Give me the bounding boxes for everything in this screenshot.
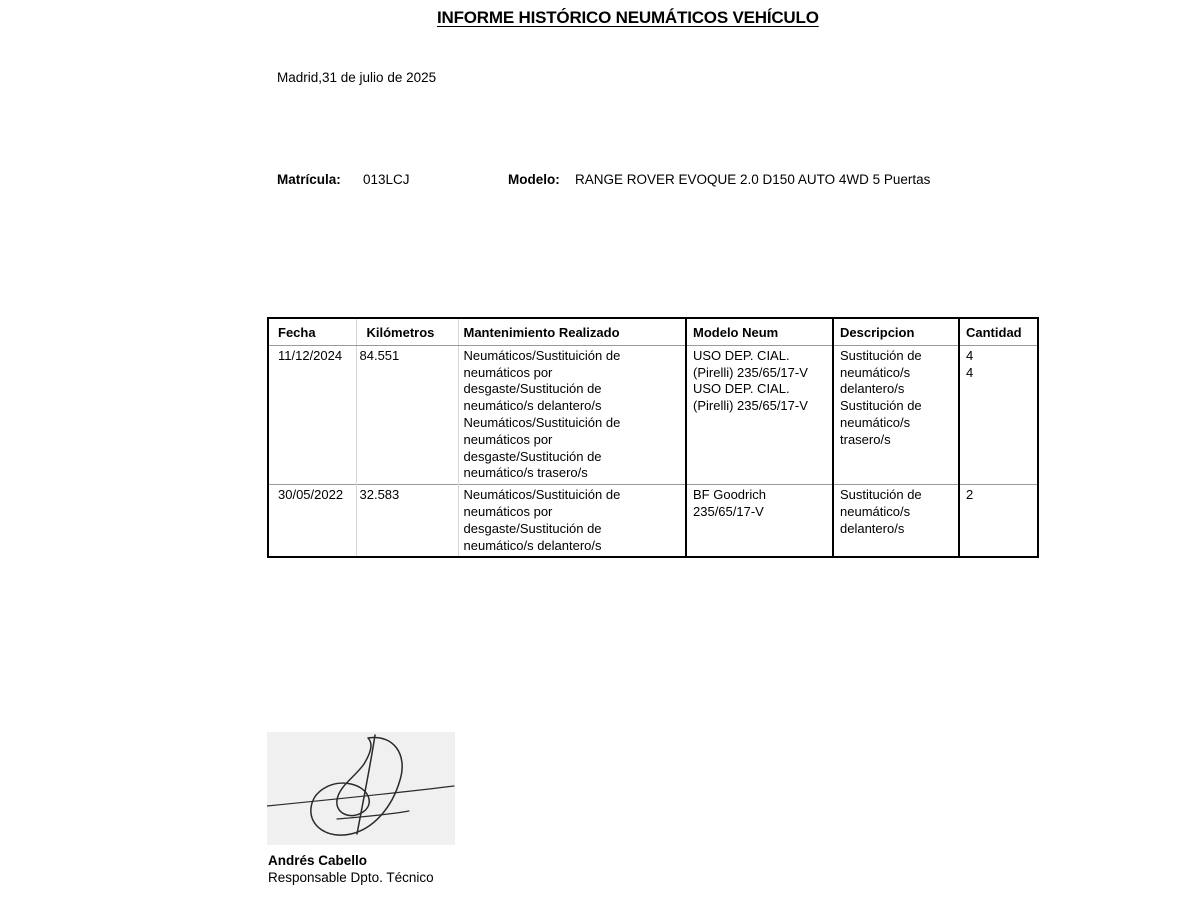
header-kilometros: Kilómetros: [356, 318, 458, 345]
table-row: 30/05/2022 32.583 Neumáticos/Sustituició…: [268, 485, 1038, 558]
cell-fecha: 30/05/2022: [268, 485, 356, 558]
signer-name: Andrés Cabello: [268, 853, 367, 868]
table-row: 11/12/2024 84.551 Neumáticos/Sustituició…: [268, 345, 1038, 484]
modelo-value: RANGE ROVER EVOQUE 2.0 D150 AUTO 4WD 5 P…: [575, 172, 930, 187]
matricula-label: Matrícula:: [277, 172, 341, 187]
report-page: INFORME HISTÓRICO NEUMÁTICOS VEHÍCULO Ma…: [0, 0, 1200, 900]
header-modelo-neum: Modelo Neum: [686, 318, 833, 345]
cell-cantidad: 4 4: [959, 345, 1038, 484]
signer-role: Responsable Dpto. Técnico: [268, 870, 434, 885]
cell-descripcion: Sustitución de neumático/s delantero/s S…: [833, 345, 959, 484]
table-header-row: Fecha Kilómetros Mantenimiento Realizado…: [268, 318, 1038, 345]
cell-kilometros: 84.551: [356, 345, 458, 484]
header-cantidad: Cantidad: [959, 318, 1038, 345]
cell-kilometros: 32.583: [356, 485, 458, 558]
header-descripcion: Descripcion: [833, 318, 959, 345]
tire-history-table: Fecha Kilómetros Mantenimiento Realizado…: [267, 317, 1039, 558]
cell-cantidad: 2: [959, 485, 1038, 558]
cell-fecha: 11/12/2024: [268, 345, 356, 484]
modelo-label: Modelo:: [508, 172, 560, 187]
page-title: INFORME HISTÓRICO NEUMÁTICOS VEHÍCULO: [437, 8, 819, 28]
cell-mantenimiento: Neumáticos/Sustituición de neumáticos po…: [458, 345, 686, 484]
cell-descripcion: Sustitución de neumático/s delantero/s: [833, 485, 959, 558]
cell-modelo-neum: BF Goodrich 235/65/17-V: [686, 485, 833, 558]
signature-image: [267, 732, 455, 845]
matricula-value: 013LCJ: [363, 172, 410, 187]
cell-mantenimiento: Neumáticos/Sustituición de neumáticos po…: [458, 485, 686, 558]
cell-modelo-neum: USO DEP. CIAL. (Pirelli) 235/65/17-V USO…: [686, 345, 833, 484]
place-date-line: Madrid,31 de julio de 2025: [277, 70, 436, 85]
signature-scribble-icon: [267, 732, 455, 845]
header-mantenimiento: Mantenimiento Realizado: [458, 318, 686, 345]
header-fecha: Fecha: [268, 318, 356, 345]
